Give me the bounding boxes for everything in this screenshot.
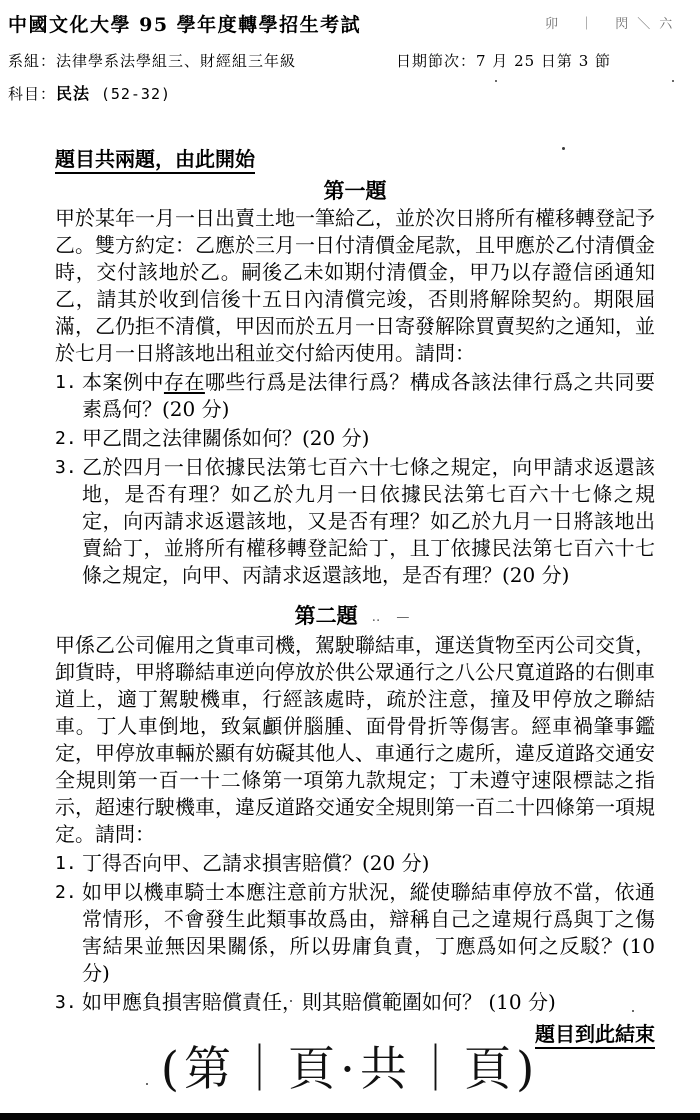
exam-header: 中國文化大學 95 學年度轉學招生考試 卯 ｜ 閃＼六 系組：法律學系法學組三、…: [8, 10, 692, 104]
question2-items: 1. 丁得否向甲、乙請求損害賠償？(20 分) 2. 如甲以機車騎士本應注意前方…: [55, 850, 655, 1016]
scan-noise-dot: [345, 262, 347, 264]
question1-item-2: 2. 甲乙間之法律關係如何？(20 分): [55, 425, 655, 452]
page-footer: (第｜頁·共｜頁): [0, 1032, 700, 1099]
item-number: 3.: [55, 454, 82, 589]
scan-noise-dot: [562, 147, 565, 150]
item-text: 丁得否向甲、乙請求損害賠償？(20 分): [82, 850, 655, 877]
item-text-pre: 本案例中: [82, 370, 164, 394]
question2-title: 第二題: [295, 603, 358, 628]
handwritten-page-note: 卯 ｜ 閃＼六: [545, 13, 681, 32]
scan-noise-dot: [146, 1083, 148, 1085]
scan-noise-dot: [632, 1010, 634, 1012]
scan-noise-dot: [672, 80, 674, 82]
item-text: 如甲以機車騎士本應注意前方狀況，縱使聯結車停放不當，依通常情形，不會發生此類事故…: [82, 879, 655, 987]
subject-label: 科目：: [8, 85, 56, 103]
exam-body: 題目共兩題，由此開始 第一題 甲於某年一月一日出賣土地一筆給乙，並於次日將所有權…: [55, 146, 655, 1048]
item-text: 本案例中存在哪些行爲是法律行爲？構成各該法律行爲之共同要素爲何？(20 分): [82, 369, 655, 423]
item-number: 1.: [55, 850, 82, 877]
item-number: 2.: [55, 425, 82, 452]
department-line: 系組：法律學系法學組三、財經組三年級: [8, 50, 396, 71]
date-session-line: 日期節次：7 月 25 日第 3 節: [396, 50, 611, 71]
scan-noise-dot: [610, 941, 612, 943]
exam-paper-page: 中國文化大學 95 學年度轉學招生考試 卯 ｜ 閃＼六 系組：法律學系法學組三、…: [0, 0, 700, 1120]
item-text: 甲乙間之法律關係如何？(20 分): [82, 425, 655, 452]
item-number: 1.: [55, 369, 82, 423]
question1-intro: 甲於某年一月一日出賣土地一筆給乙，並於次日將所有權移轉登記予乙。雙方約定：乙應於…: [55, 205, 655, 367]
question2-title-row: 第二題‥ —: [55, 602, 655, 631]
item-text-underlined: 存在: [164, 370, 205, 394]
scan-edge-bar: [0, 1113, 700, 1120]
item-text: 乙於四月一日依據民法第七百六十七條之規定，向甲請求返還該地，是否有理？如乙於九月…: [82, 454, 655, 589]
subject-line: 科目：民法 (52-32): [8, 81, 692, 104]
title-stray-marks: ‥ —: [372, 610, 416, 625]
question1-item-1: 1. 本案例中存在哪些行爲是法律行爲？構成各該法律行爲之共同要素爲何？(20 分…: [55, 369, 655, 423]
start-note: 題目共兩題，由此開始: [55, 147, 255, 174]
scan-noise-dot: [290, 1000, 292, 1002]
subject-code: (52-32): [101, 85, 171, 103]
question1-items: 1. 本案例中存在哪些行爲是法律行爲？構成各該法律行爲之共同要素爲何？(20 分…: [55, 369, 655, 589]
item-text: 如甲應負損害賠償責任，則其賠償範圍如何？ (10 分): [82, 989, 655, 1016]
scan-noise-dot: [495, 80, 497, 82]
question2-intro: 甲係乙公司僱用之貨車司機，駕駛聯結車，運送貨物至丙公司交貨，卸貨時，甲將聯結車逆…: [55, 632, 655, 848]
item-number: 3.: [55, 989, 82, 1016]
question2-item-3: 3. 如甲應負損害賠償責任，則其賠償範圍如何？ (10 分): [55, 989, 655, 1016]
question1-title: 第一題: [55, 177, 655, 204]
header-meta-row: 系組：法律學系法學組三、財經組三年級 日期節次：7 月 25 日第 3 節: [8, 50, 692, 71]
subject-name: 民法: [56, 84, 90, 103]
question2-item-1: 1. 丁得否向甲、乙請求損害賠償？(20 分): [55, 850, 655, 877]
question2-item-2: 2. 如甲以機車騎士本應注意前方狀況，縱使聯結車停放不當，依通常情形，不會發生此…: [55, 879, 655, 987]
start-note-row: 題目共兩題，由此開始: [55, 146, 655, 173]
item-number: 2.: [55, 879, 82, 987]
question1-item-3: 3. 乙於四月一日依據民法第七百六十七條之規定，向甲請求返還該地，是否有理？如乙…: [55, 454, 655, 589]
